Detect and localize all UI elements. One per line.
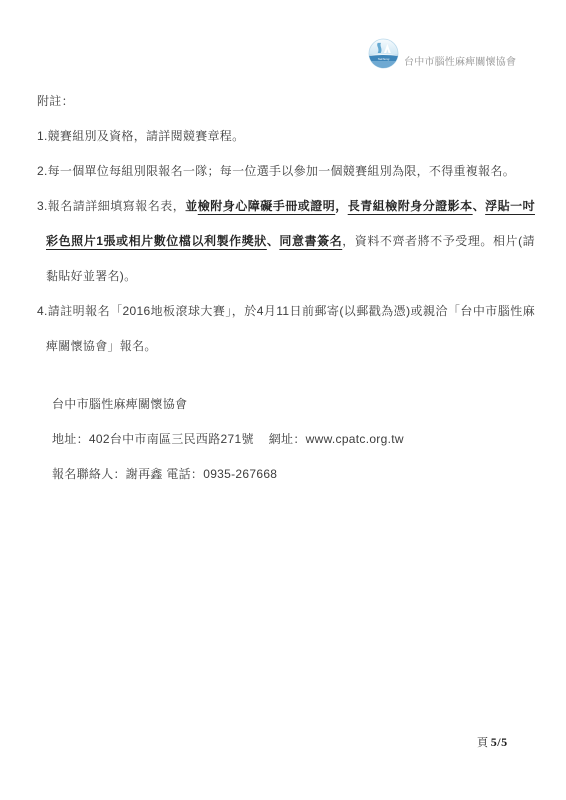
organization-website: 網址：www.cpatc.org.tw — [269, 432, 404, 446]
note-segment-underlined: 長青組檢附身分證影本 — [348, 199, 473, 213]
note-item-text: 請註明報名「2016地板滾球大賽」，於4月11日前郵寄(以郵戳為憑)或親洽「台中… — [46, 304, 535, 353]
note-segment: 報名請詳細填寫報名表， — [48, 199, 186, 213]
note-item-text: 競賽組別及資格，請詳閱競賽章程。 — [48, 129, 245, 143]
page-footer: 頁 5/5 — [477, 734, 508, 750]
note-item-text: 每一個單位每組別限報名一隊；每一位選手以參加一個競賽組別為限，不得重複報名。 — [48, 164, 515, 178]
note-segment: 、 — [473, 199, 486, 213]
organization-contact: 報名聯絡人：謝再鑫 電話：0935-267668 — [52, 457, 535, 492]
organization-block: 台中市腦性麻痺關懷協會 地址：402台中市南區三民西路271號網址：www.cp… — [37, 387, 535, 492]
association-logo-icon: Taichung — [368, 38, 399, 69]
svg-text:Taichung: Taichung — [378, 57, 390, 61]
note-item-2: 2.每一個單位每組別限報名一隊；每一位選手以參加一個競賽組別為限，不得重複報名。 — [37, 154, 535, 189]
note-item-number: 3. — [37, 199, 48, 213]
note-segment: 並 — [185, 199, 198, 213]
document-body: 附註： 1.競賽組別及資格，請詳閱競賽章程。 2.每一個單位每組別限報名一隊；每… — [37, 84, 535, 492]
note-segment: 、 — [267, 234, 280, 248]
organization-name: 台中市腦性麻痺關懷協會 — [52, 387, 535, 422]
document-page: Taichung 台中市腦性麻痺關懷協會 附註： 1.競賽組別及資格，請詳閱競賽… — [0, 0, 566, 800]
notes-heading: 附註： — [37, 84, 535, 119]
page-number-label: 頁 — [477, 737, 488, 749]
note-segment: ， — [335, 199, 348, 213]
note-item-4: 4.請註明報名「2016地板滾球大賽」，於4月11日前郵寄(以郵戳為憑)或親洽「… — [37, 294, 535, 364]
note-item-number: 4. — [37, 304, 48, 318]
letterhead: Taichung 台中市腦性麻痺關懷協會 — [0, 0, 566, 80]
association-logo-text: 台中市腦性麻痺關懷協會 — [404, 53, 516, 68]
note-item-number: 1. — [37, 129, 48, 143]
note-segment-underlined: 同意書簽名 — [279, 234, 342, 248]
organization-address: 地址：402台中市南區三民西路271號 — [52, 432, 254, 446]
note-item-number: 2. — [37, 164, 48, 178]
organization-address-line: 地址：402台中市南區三民西路271號網址：www.cpatc.org.tw — [52, 422, 535, 457]
note-item-1: 1.競賽組別及資格，請詳閱競賽章程。 — [37, 119, 535, 154]
note-item-3: 3.報名請詳細填寫報名表，並檢附身心障礙手冊或證明，長青組檢附身分證影本、浮貼一… — [37, 189, 535, 294]
page-number-value: 5/5 — [491, 735, 508, 749]
note-segment-underlined: 檢附身心障礙手冊或證明 — [198, 199, 335, 213]
